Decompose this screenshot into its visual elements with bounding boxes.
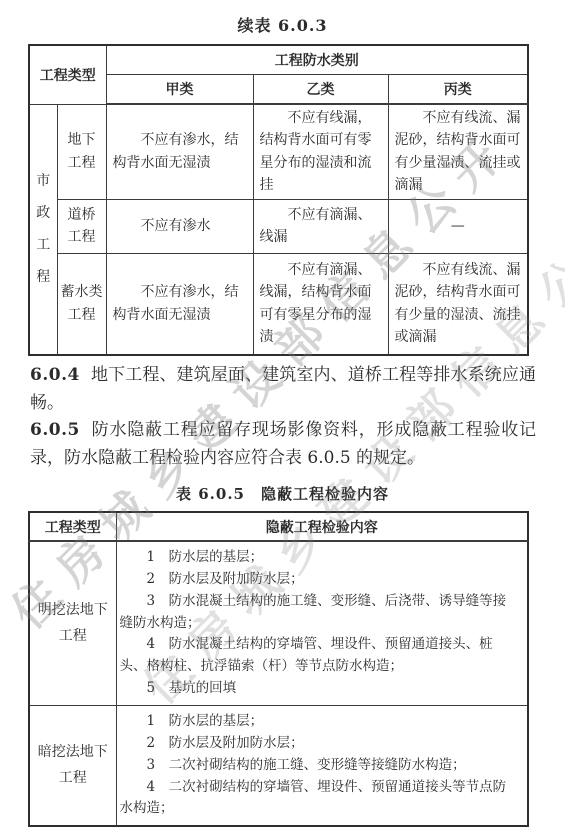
cell-underground-class-c: 不应有线流、漏泥砂，结构背水面可有少量湿渍、流挂或滴漏 xyxy=(388,104,528,199)
cell-text: 不应有线流、漏泥砂，结构背水面可有少量的湿渍、流挂或滴漏 xyxy=(395,259,522,349)
type-line: 工程 xyxy=(32,624,114,649)
type-line: 工程 xyxy=(32,766,114,791)
header-project-type: 工程类型 xyxy=(29,512,116,541)
table-row-open-cut: 明挖法地下 工程 1 防水层的基层； 2 防水层及附加防水层； 3 防水混凝土结… xyxy=(29,541,528,706)
header-inspection-content: 隐蔽工程检验内容 xyxy=(116,512,528,541)
type-line: 道桥 xyxy=(60,204,104,226)
inspection-item: 2 防水层及附加防水层； xyxy=(120,733,520,755)
group-label-text: 市政工程 xyxy=(36,165,51,294)
page-content: 续表 6.0.3 工程类型 工程防水类别 甲类 乙类 丙类 市政工程 xyxy=(0,0,565,828)
cell-type-open-cut: 明挖法地下 工程 xyxy=(29,541,116,706)
cell-text: 不应有线漏，结构背水面可有零星分布的湿渍和流挂 xyxy=(260,107,382,197)
cell-text: 不应有滴漏、线漏 xyxy=(260,204,382,249)
cell-type-mined: 暗挖法地下 工程 xyxy=(29,706,116,827)
table-row-water-storage: 蓄水类 工程 不应有渗水，结构背水面无湿渍 不应有滴漏、线漏，结构背水面可有零星… xyxy=(29,253,528,355)
header-waterproof-category: 工程防水类别 xyxy=(106,45,528,75)
type-line: 工程 xyxy=(60,152,104,174)
type-line: 蓄水类 xyxy=(60,281,104,303)
table2-header-row: 工程类型 隐蔽工程检验内容 xyxy=(29,512,528,541)
cell-storage-class-b: 不应有滴漏、线漏，结构背水面可有零星分布的湿渍 xyxy=(253,253,388,355)
table-waterproof-classes: 工程类型 工程防水类别 甲类 乙类 丙类 市政工程 地下 工程 不应有渗水，结构… xyxy=(28,44,529,356)
type-line: 明挖法地下 xyxy=(32,598,114,623)
cell-open-cut-items: 1 防水层的基层； 2 防水层及附加防水层； 3 防水混凝土结构的施工缝、变形缝… xyxy=(116,541,528,706)
document-page: 续表 6.0.3 工程类型 工程防水类别 甲类 乙类 丙类 市政工程 xyxy=(0,0,565,828)
cell-text: 不应有渗水 xyxy=(113,215,247,237)
type-line: 暗挖法地下 xyxy=(32,740,114,765)
header-project-type: 工程类型 xyxy=(29,45,106,104)
cell-storage-class-c: 不应有线流、漏泥砂，结构背水面可有少量的湿渍、流挂或滴漏 xyxy=(388,253,528,355)
cell-road-class-c: — xyxy=(388,199,528,253)
clause-6-0-5: 6.0.5防水隐蔽工程应留存现场影像资料，形成隐蔽工程验收记录，防水隐蔽工程检验… xyxy=(30,417,536,472)
inspection-item: 1 防水层的基层； xyxy=(120,711,520,733)
cell-type-underground: 地下 工程 xyxy=(57,104,106,199)
clause-number: 6.0.4 xyxy=(30,365,80,385)
cell-road-class-b: 不应有滴漏、线漏 xyxy=(253,199,388,253)
cell-text: 不应有线流、漏泥砂，结构背水面可有少量湿渍、流挂或滴漏 xyxy=(395,107,522,197)
clause-text: 地下工程、建筑屋面、建筑室内、道桥工程等排水系统应通畅。 xyxy=(30,365,536,413)
inspection-item: 3 防水混凝土结构的施工缝、变形缝、后浇带、诱导缝等接缝防水构造； xyxy=(120,591,520,635)
cell-type-road-bridge: 道桥 工程 xyxy=(57,199,106,253)
cell-text: 不应有渗水，结构背水面无湿渍 xyxy=(113,129,247,174)
inspection-item: 1 防水层的基层； xyxy=(120,547,520,569)
table-hidden-works-inspection: 工程类型 隐蔽工程检验内容 明挖法地下 工程 1 防水层的基层； 2 防水层及附… xyxy=(28,511,529,827)
cell-mined-items: 1 防水层的基层； 2 防水层及附加防水层； 3 二次衬砌结构的施工缝、变形缝等… xyxy=(116,706,528,827)
type-line: 工程 xyxy=(60,304,104,326)
inspection-item: 4 防水混凝土结构的穿墙管、埋设件、预留通道接头、桩头、格构柱、抗浮锚索（杆）等… xyxy=(120,634,520,678)
table1-title: 续表 6.0.3 xyxy=(0,13,565,36)
header-class-a: 甲类 xyxy=(106,75,253,105)
type-line: 工程 xyxy=(60,226,104,248)
clause-6-0-4: 6.0.4地下工程、建筑屋面、建筑室内、道桥工程等排水系统应通畅。 xyxy=(30,362,536,417)
header-class-c: 丙类 xyxy=(388,75,528,105)
table1-header-row-1: 工程类型 工程防水类别 xyxy=(29,45,528,75)
cell-underground-class-b: 不应有线漏，结构背水面可有零星分布的湿渍和流挂 xyxy=(253,104,388,199)
clause-number: 6.0.5 xyxy=(30,420,80,440)
group-label-municipal: 市政工程 xyxy=(29,104,57,355)
table-row-underground: 市政工程 地下 工程 不应有渗水，结构背水面无湿渍 不应有线漏，结构背水面可有零… xyxy=(29,104,528,199)
table2-title: 表 6.0.5 隐蔽工程检验内容 xyxy=(0,483,565,504)
inspection-item: 2 防水层及附加防水层； xyxy=(120,569,520,591)
cell-road-class-a: 不应有渗水 xyxy=(106,199,253,253)
cell-storage-class-a: 不应有渗水，结构背水面无湿渍 xyxy=(106,253,253,355)
header-class-b: 乙类 xyxy=(253,75,388,105)
table-row-mined: 暗挖法地下 工程 1 防水层的基层； 2 防水层及附加防水层； 3 二次衬砌结构… xyxy=(29,706,528,827)
inspection-item: 3 二次衬砌结构的施工缝、变形缝等接缝防水构造； xyxy=(120,755,520,777)
cell-text: 不应有渗水，结构背水面无湿渍 xyxy=(113,281,247,326)
cell-type-water-storage: 蓄水类 工程 xyxy=(57,253,106,355)
cell-text: 不应有滴漏、线漏，结构背水面可有零星分布的湿渍 xyxy=(260,259,382,349)
inspection-item: 4 二次衬砌结构的穿墙管、埋设件、预留通道接头等节点防水构造； xyxy=(120,777,520,821)
table-row-road-bridge: 道桥 工程 不应有渗水 不应有滴漏、线漏 — xyxy=(29,199,528,253)
clause-text: 防水隐蔽工程应留存现场影像资料，形成隐蔽工程验收记录，防水隐蔽工程检验内容应符合… xyxy=(30,420,536,468)
cell-underground-class-a: 不应有渗水，结构背水面无湿渍 xyxy=(106,104,253,199)
type-line: 地下 xyxy=(60,129,104,151)
inspection-item: 5 基坑的回填 xyxy=(120,678,520,700)
clause-paragraphs: 6.0.4地下工程、建筑屋面、建筑室内、道桥工程等排水系统应通畅。 6.0.5防… xyxy=(30,362,536,472)
